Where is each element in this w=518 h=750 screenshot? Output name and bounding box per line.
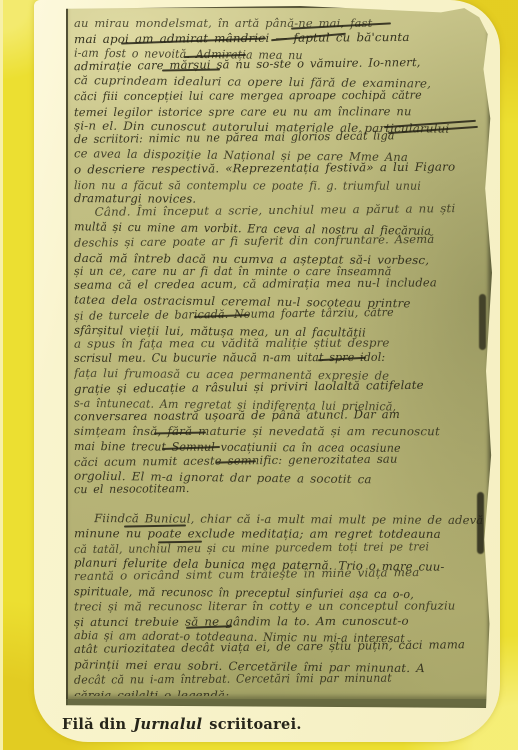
handwriting-line: seama că el credea acum, că admirația me… [74, 275, 484, 293]
ink-blot [477, 492, 484, 554]
book-page: au mirau mondelsmat, în artă până-ne mai… [34, 0, 500, 742]
handwriting-line: cu el nesocotiteam. [74, 478, 468, 497]
handwriting-line: și atunci trebuie să ne gândim la to. Am… [74, 613, 484, 629]
handwriting-line: treci și mă recunosc literar în cotty e … [74, 599, 484, 615]
handwriting: au mirau mondelsmat, în artă până-ne mai… [74, 16, 484, 696]
scan-edge-highlight [0, 0, 3, 750]
handwriting-line: o descriere respectivă. «Reprezentația f… [74, 159, 484, 177]
handwriting-line: decât că nu i-am întrebat. Cercetări îmi… [74, 670, 468, 687]
handwriting-line: simțeam însă, fără maturie și nevedată ș… [74, 424, 484, 439]
handwriting-line: au mirau mondelsmat, în artă până-ne mai… [74, 16, 484, 31]
handwriting-line: deschis și care poate ar fi suferit din … [74, 231, 484, 250]
caption-text-prefix: Filă din [62, 716, 126, 733]
handwriting-line: scrisul meu. Cu bucurie năucă n-am uitat… [74, 349, 469, 365]
caption: Filă dinJurnalulscriitoarei. [62, 716, 309, 733]
handwriting-line: că tatăl, unchiul meu și cu mine purcede… [74, 539, 468, 557]
handwriting-line: căci fiii concepției lui care mergea apr… [74, 88, 470, 104]
caption-text-suffix: scriitoarei. [209, 716, 301, 733]
handwriting-line: temei legilor istorice spre care eu nu a… [74, 104, 484, 120]
photo-bottom-shadow [66, 699, 492, 708]
ink-blot [479, 294, 486, 350]
manuscript-photo: au mirau mondelsmat, în artă până-ne mai… [66, 6, 492, 708]
caption-italic-word: Jurnalul [133, 716, 202, 733]
handwriting-line: căreia ceilalți o legendă; [74, 688, 484, 696]
scanned-book-page: { "figure": { "caption": { "prefix": "Fi… [0, 0, 518, 750]
handwriting-line: conversarea noastră ușoară de până atunc… [74, 406, 484, 424]
